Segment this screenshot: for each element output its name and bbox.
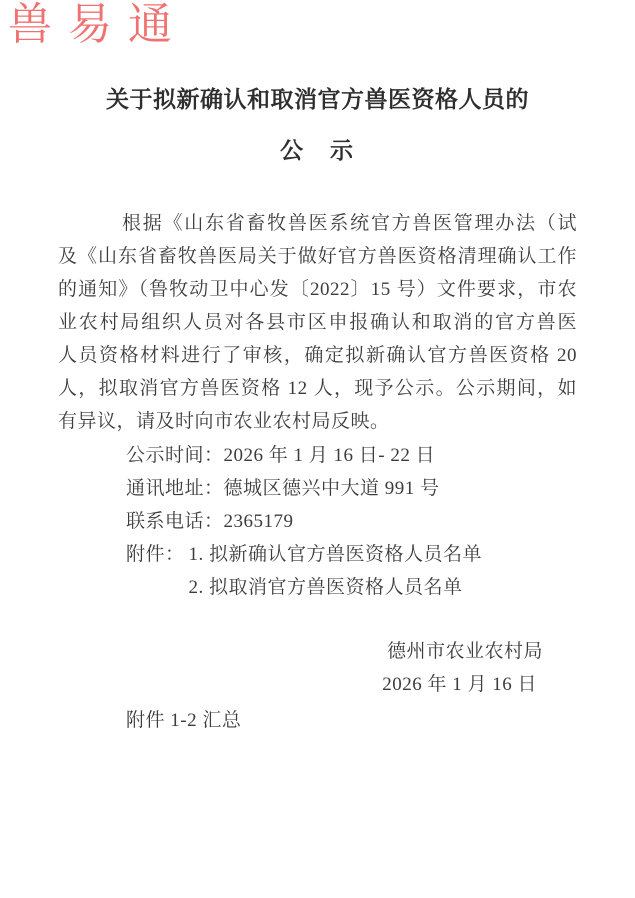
footer-attachment-note: 附件 1-2 汇总 [58,704,577,737]
site-logo: 兽易通 [8,0,188,50]
mailing-address: 通讯地址：德城区德兴中大道 991 号 [126,472,577,505]
paragraph-line: 人，拟取消官方兽医资格 12 人，现予公示。公示期间，如 [58,372,577,405]
signature-block: 德州市农业农村局 2026 年 1 月 16 日 [58,635,577,701]
attachments-block: 附件： 1. 拟新确认官方兽医资格人员名单 2. 拟取消官方兽医资格人员名单 [58,538,577,604]
attachments-list: 1. 拟新确认官方兽医资格人员名单 2. 拟取消官方兽医资格人员名单 [185,538,483,604]
publicity-period: 公示时间：2026 年 1 月 16 日- 22 日 [126,439,577,472]
issue-date: 2026 年 1 月 16 日 [58,668,577,701]
issuing-authority: 德州市农业农村局 [58,635,577,668]
title-line-1: 关于拟新确认和取消官方兽医资格人员的 [58,82,577,117]
attachment-item-1: 1. 拟新确认官方兽医资格人员名单 [189,538,483,571]
paragraph-line: 及《山东省畜牧兽医局关于做好官方兽医资格清理确认工作 [58,240,577,273]
announcement-document: 兽易通 关于拟新确认和取消官方兽医资格人员的 公 示 根据《山东省畜牧兽医系统官… [0,0,635,898]
paragraph-line: 的通知》（鲁牧动卫中心发〔2022〕15 号）文件要求，市农 [58,273,577,306]
paragraph-line: 业农村局组织人员对各县市区申报确认和取消的官方兽医 [58,306,577,339]
attachment-item-2: 2. 拟取消官方兽医资格人员名单 [189,571,483,604]
paragraph-line: 根据《山东省畜牧兽医系统官方兽医管理办法（试行）》 [58,207,577,240]
body-paragraph: 根据《山东省畜牧兽医系统官方兽医管理办法（试行）》 及《山东省畜牧兽医局关于做好… [58,207,577,438]
paragraph-line: 有异议，请及时向市农业农村局反映。 [58,405,577,438]
attachments-label: 附件： [126,538,185,571]
contact-info-block: 公示时间：2026 年 1 月 16 日- 22 日 通讯地址：德城区德兴中大道… [58,439,577,538]
paragraph-line: 人员资格材料进行了审核，确定拟新确认官方兽医资格 20 [58,339,577,372]
contact-phone: 联系电话：2365179 [126,505,577,538]
title-line-2: 公 示 [58,133,577,168]
